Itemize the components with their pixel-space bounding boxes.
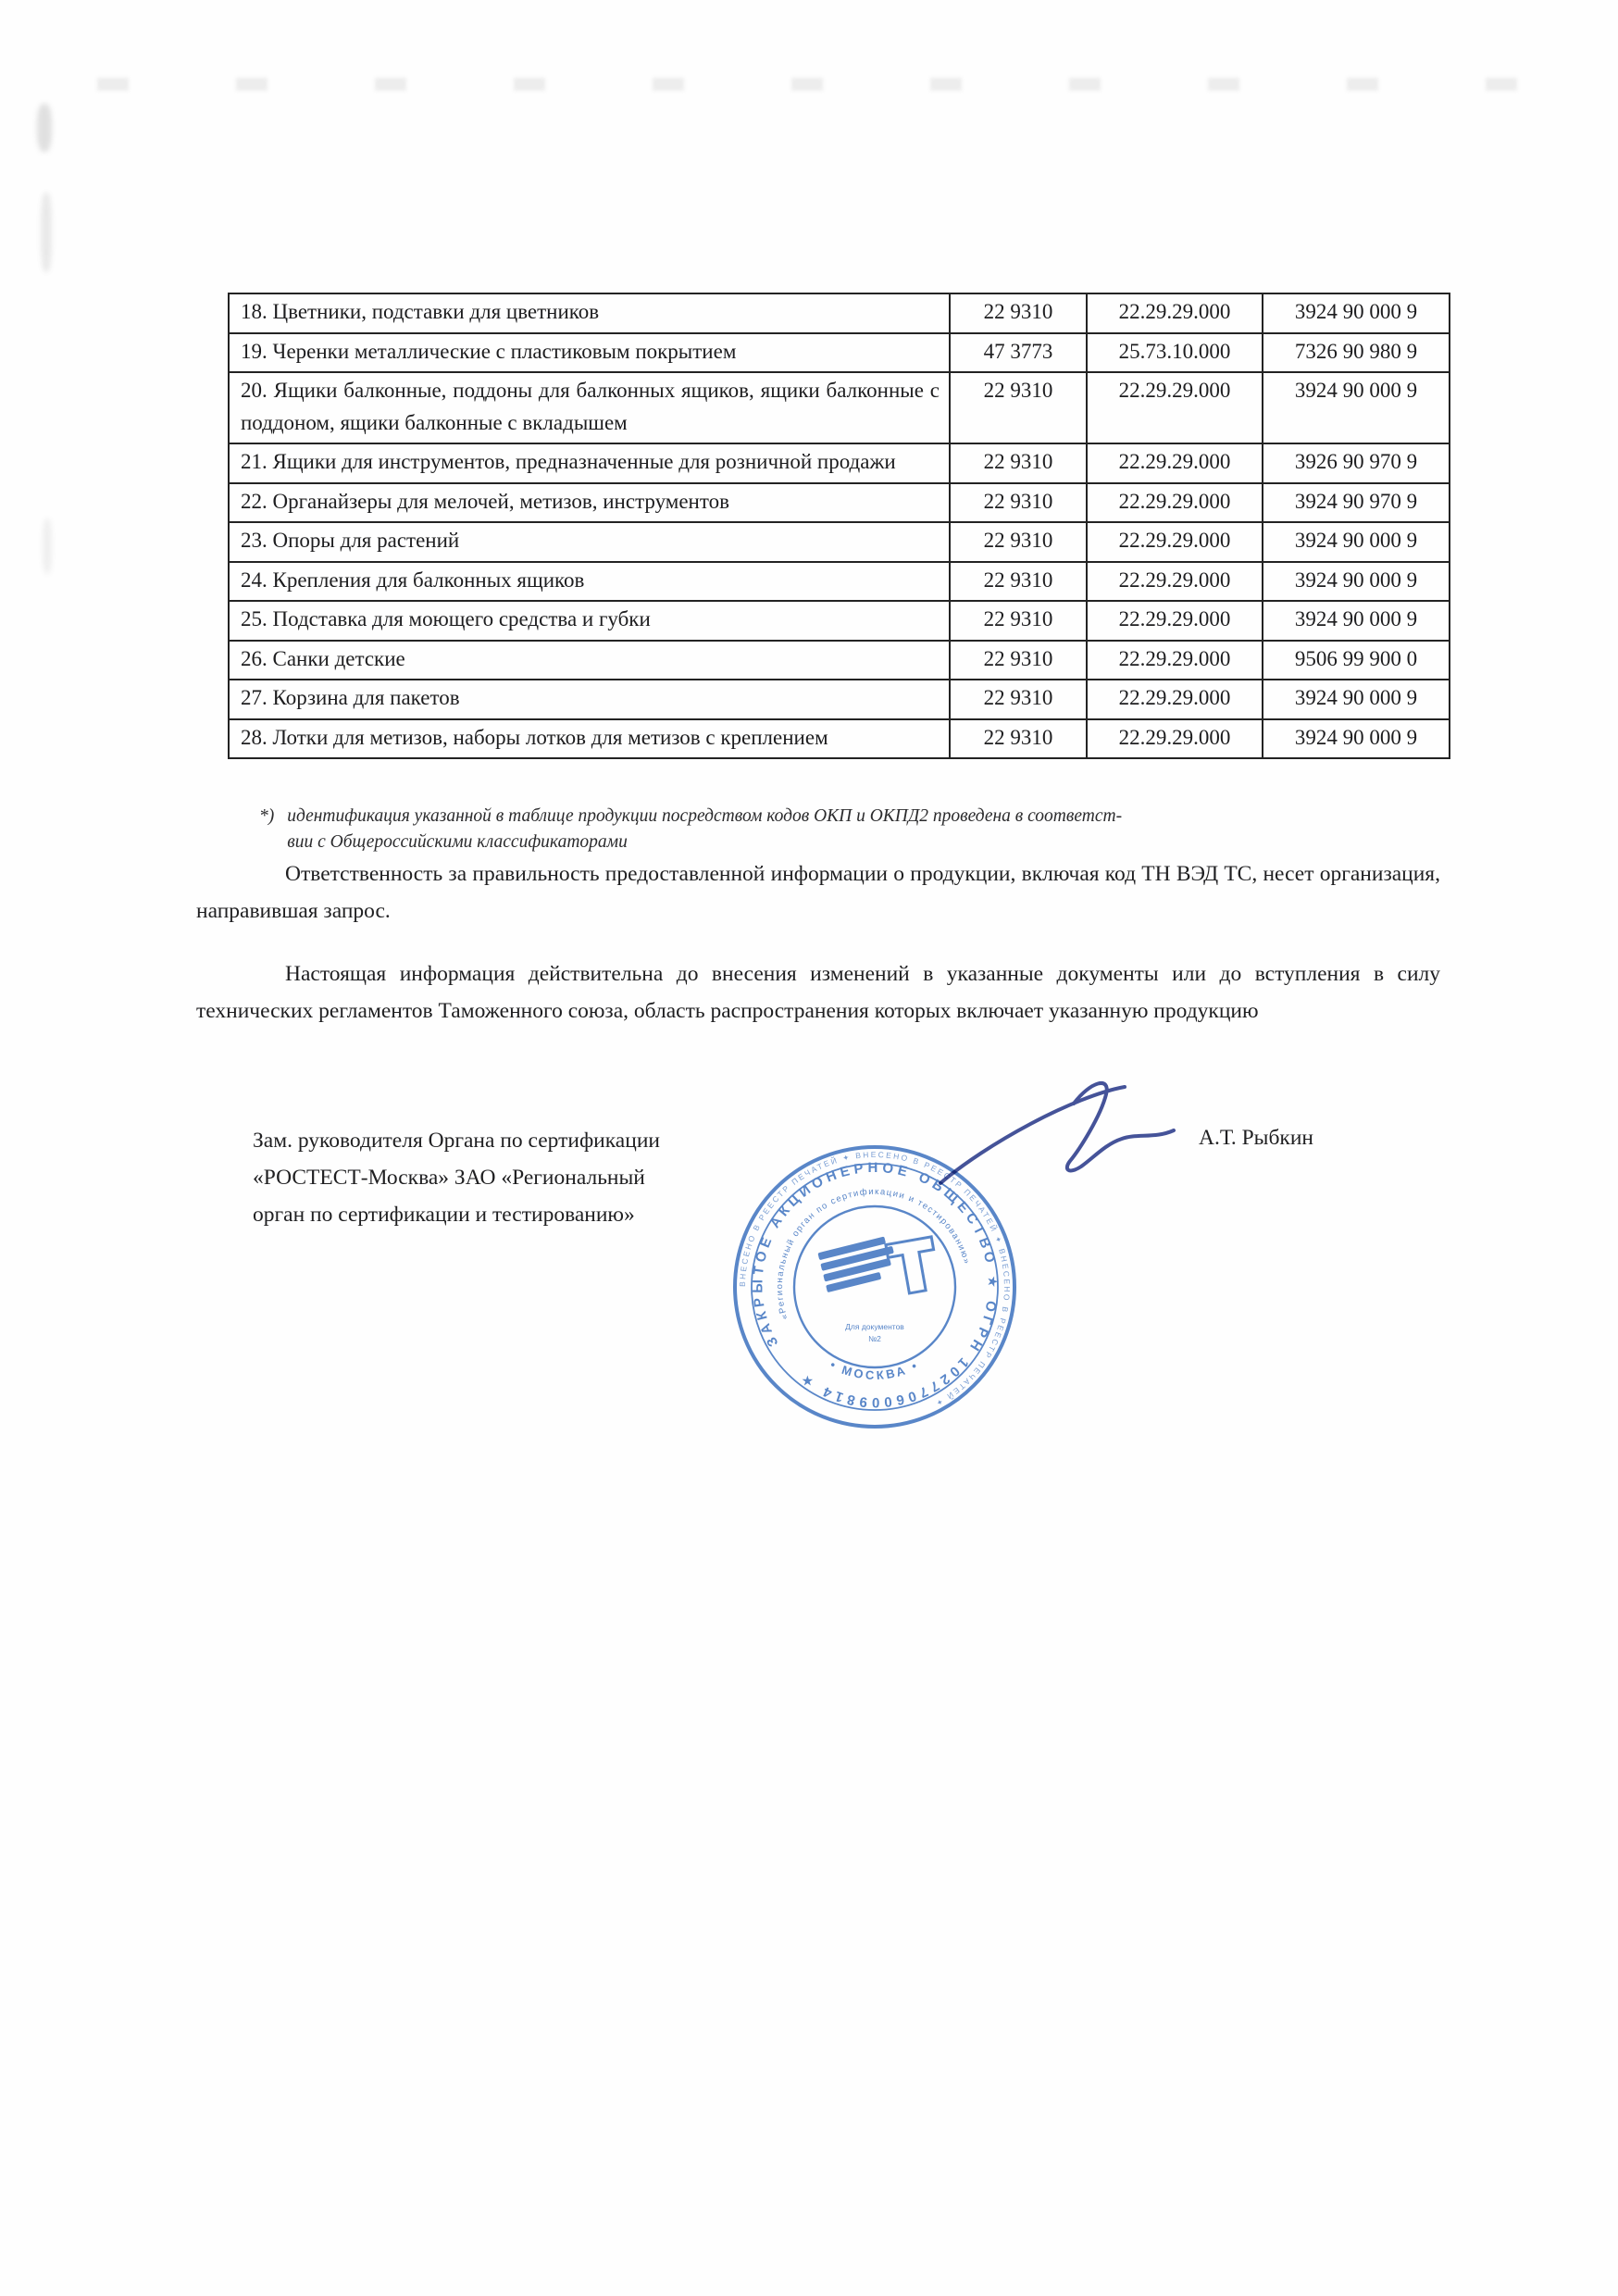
okp-code-cell: 22 9310 — [950, 483, 1087, 523]
tnved-code-cell: 3924 90 970 9 — [1263, 483, 1450, 523]
product-name-cell: 24. Крепления для балконных ящиков — [229, 562, 950, 602]
okpd2-code-cell: 22.29.29.000 — [1087, 483, 1263, 523]
scan-smudge — [41, 193, 52, 272]
okpd2-code-cell: 25.73.10.000 — [1087, 333, 1263, 373]
tnved-code-cell: 3924 90 000 9 — [1263, 522, 1450, 562]
product-name-cell: 26. Санки детские — [229, 641, 950, 680]
footnote: *) идентификация указанной в таблице про… — [259, 804, 1453, 856]
scan-noise-band — [97, 78, 1541, 91]
table-row: 18. Цветники, подставки для цветников 22… — [229, 293, 1450, 333]
okp-code-cell: 22 9310 — [950, 562, 1087, 602]
responsibility-paragraph: Ответственность за правильность предоста… — [196, 855, 1440, 930]
okp-code-cell: 22 9310 — [950, 641, 1087, 680]
signatory-title: Зам. руководителя Органа по сертификации… — [253, 1122, 790, 1233]
product-name-cell: 27. Корзина для пакетов — [229, 680, 950, 719]
footnote-text: идентификация указанной в таблице продук… — [287, 804, 1122, 856]
tnved-code-cell: 9506 99 900 0 — [1263, 641, 1450, 680]
okpd2-code-cell: 22.29.29.000 — [1087, 443, 1263, 483]
tnved-code-cell: 3926 90 970 9 — [1263, 443, 1450, 483]
scan-smudge — [43, 518, 52, 574]
tnved-code-cell: 3924 90 000 9 — [1263, 680, 1450, 719]
product-name-cell: 23. Опоры для растений — [229, 522, 950, 562]
okpd2-code-cell: 22.29.29.000 — [1087, 680, 1263, 719]
table-row: 24. Крепления для балконных ящиков 22 93… — [229, 562, 1450, 602]
okp-code-cell: 22 9310 — [950, 719, 1087, 759]
table-row: 22. Органайзеры для мелочей, метизов, ин… — [229, 483, 1450, 523]
okp-code-cell: 22 9310 — [950, 372, 1087, 443]
okpd2-code-cell: 22.29.29.000 — [1087, 562, 1263, 602]
tnved-code-cell: 3924 90 000 9 — [1263, 372, 1450, 443]
footnote-marker: *) — [259, 804, 274, 856]
okpd2-code-cell: 22.29.29.000 — [1087, 641, 1263, 680]
tnved-code-cell: 7326 90 980 9 — [1263, 333, 1450, 373]
product-name-cell: 20. Ящики балконные, поддоны для балконн… — [229, 372, 950, 443]
table-row: 26. Санки детские 22 9310 22.29.29.000 9… — [229, 641, 1450, 680]
okp-code-cell: 47 3773 — [950, 333, 1087, 373]
scan-smudge — [37, 104, 52, 152]
okp-code-cell: 22 9310 — [950, 293, 1087, 333]
body-text: Ответственность за правильность предоста… — [196, 855, 1440, 1029]
table-row: 23. Опоры для растений 22 9310 22.29.29.… — [229, 522, 1450, 562]
product-name-cell: 21. Ящики для инструментов, предназначен… — [229, 443, 950, 483]
table-row: 21. Ящики для инструментов, предназначен… — [229, 443, 1450, 483]
product-name-cell: 18. Цветники, подставки для цветников — [229, 293, 950, 333]
table-row: 20. Ящики балконные, поддоны для балконн… — [229, 372, 1450, 443]
signatory-name: А.Т. Рыбкин — [1199, 1126, 1313, 1151]
stamp-number-text: №2 — [868, 1334, 881, 1343]
table-row: 28. Лотки для метизов, наборы лотков для… — [229, 719, 1450, 759]
tnved-code-cell: 3924 90 000 9 — [1263, 719, 1450, 759]
product-codes-table: 18. Цветники, подставки для цветников 22… — [228, 293, 1450, 759]
okp-code-cell: 22 9310 — [950, 522, 1087, 562]
okpd2-code-cell: 22.29.29.000 — [1087, 293, 1263, 333]
validity-paragraph: Настоящая информация действительна до вн… — [196, 955, 1440, 1029]
table-row: 27. Корзина для пакетов 22 9310 22.29.29… — [229, 680, 1450, 719]
product-name-cell: 28. Лотки для метизов, наборы лотков для… — [229, 719, 950, 759]
okp-code-cell: 22 9310 — [950, 601, 1087, 641]
certification-stamp: ВНЕСЕНО В РЕЕСТР ПЕЧАТЕЙ ✦ ВНЕСЕНО В РЕЕ… — [726, 1138, 1024, 1436]
okpd2-code-cell: 22.29.29.000 — [1087, 372, 1263, 443]
okpd2-code-cell: 22.29.29.000 — [1087, 522, 1263, 562]
table-row: 19. Черенки металлические с пластиковым … — [229, 333, 1450, 373]
okp-code-cell: 22 9310 — [950, 443, 1087, 483]
rt-logo — [817, 1235, 940, 1296]
document-page: 18. Цветники, подставки для цветников 22… — [0, 0, 1618, 2296]
okpd2-code-cell: 22.29.29.000 — [1087, 719, 1263, 759]
table-row: 25. Подставка для моющего средства и губ… — [229, 601, 1450, 641]
okpd2-code-cell: 22.29.29.000 — [1087, 601, 1263, 641]
okp-code-cell: 22 9310 — [950, 680, 1087, 719]
tnved-code-cell: 3924 90 000 9 — [1263, 562, 1450, 602]
stamp-purpose-text: Для документов — [845, 1322, 904, 1331]
tnved-code-cell: 3924 90 000 9 — [1263, 601, 1450, 641]
product-name-cell: 19. Черенки металлические с пластиковым … — [229, 333, 950, 373]
tnved-code-cell: 3924 90 000 9 — [1263, 293, 1450, 333]
product-name-cell: 22. Органайзеры для мелочей, метизов, ин… — [229, 483, 950, 523]
product-name-cell: 25. Подставка для моющего средства и губ… — [229, 601, 950, 641]
